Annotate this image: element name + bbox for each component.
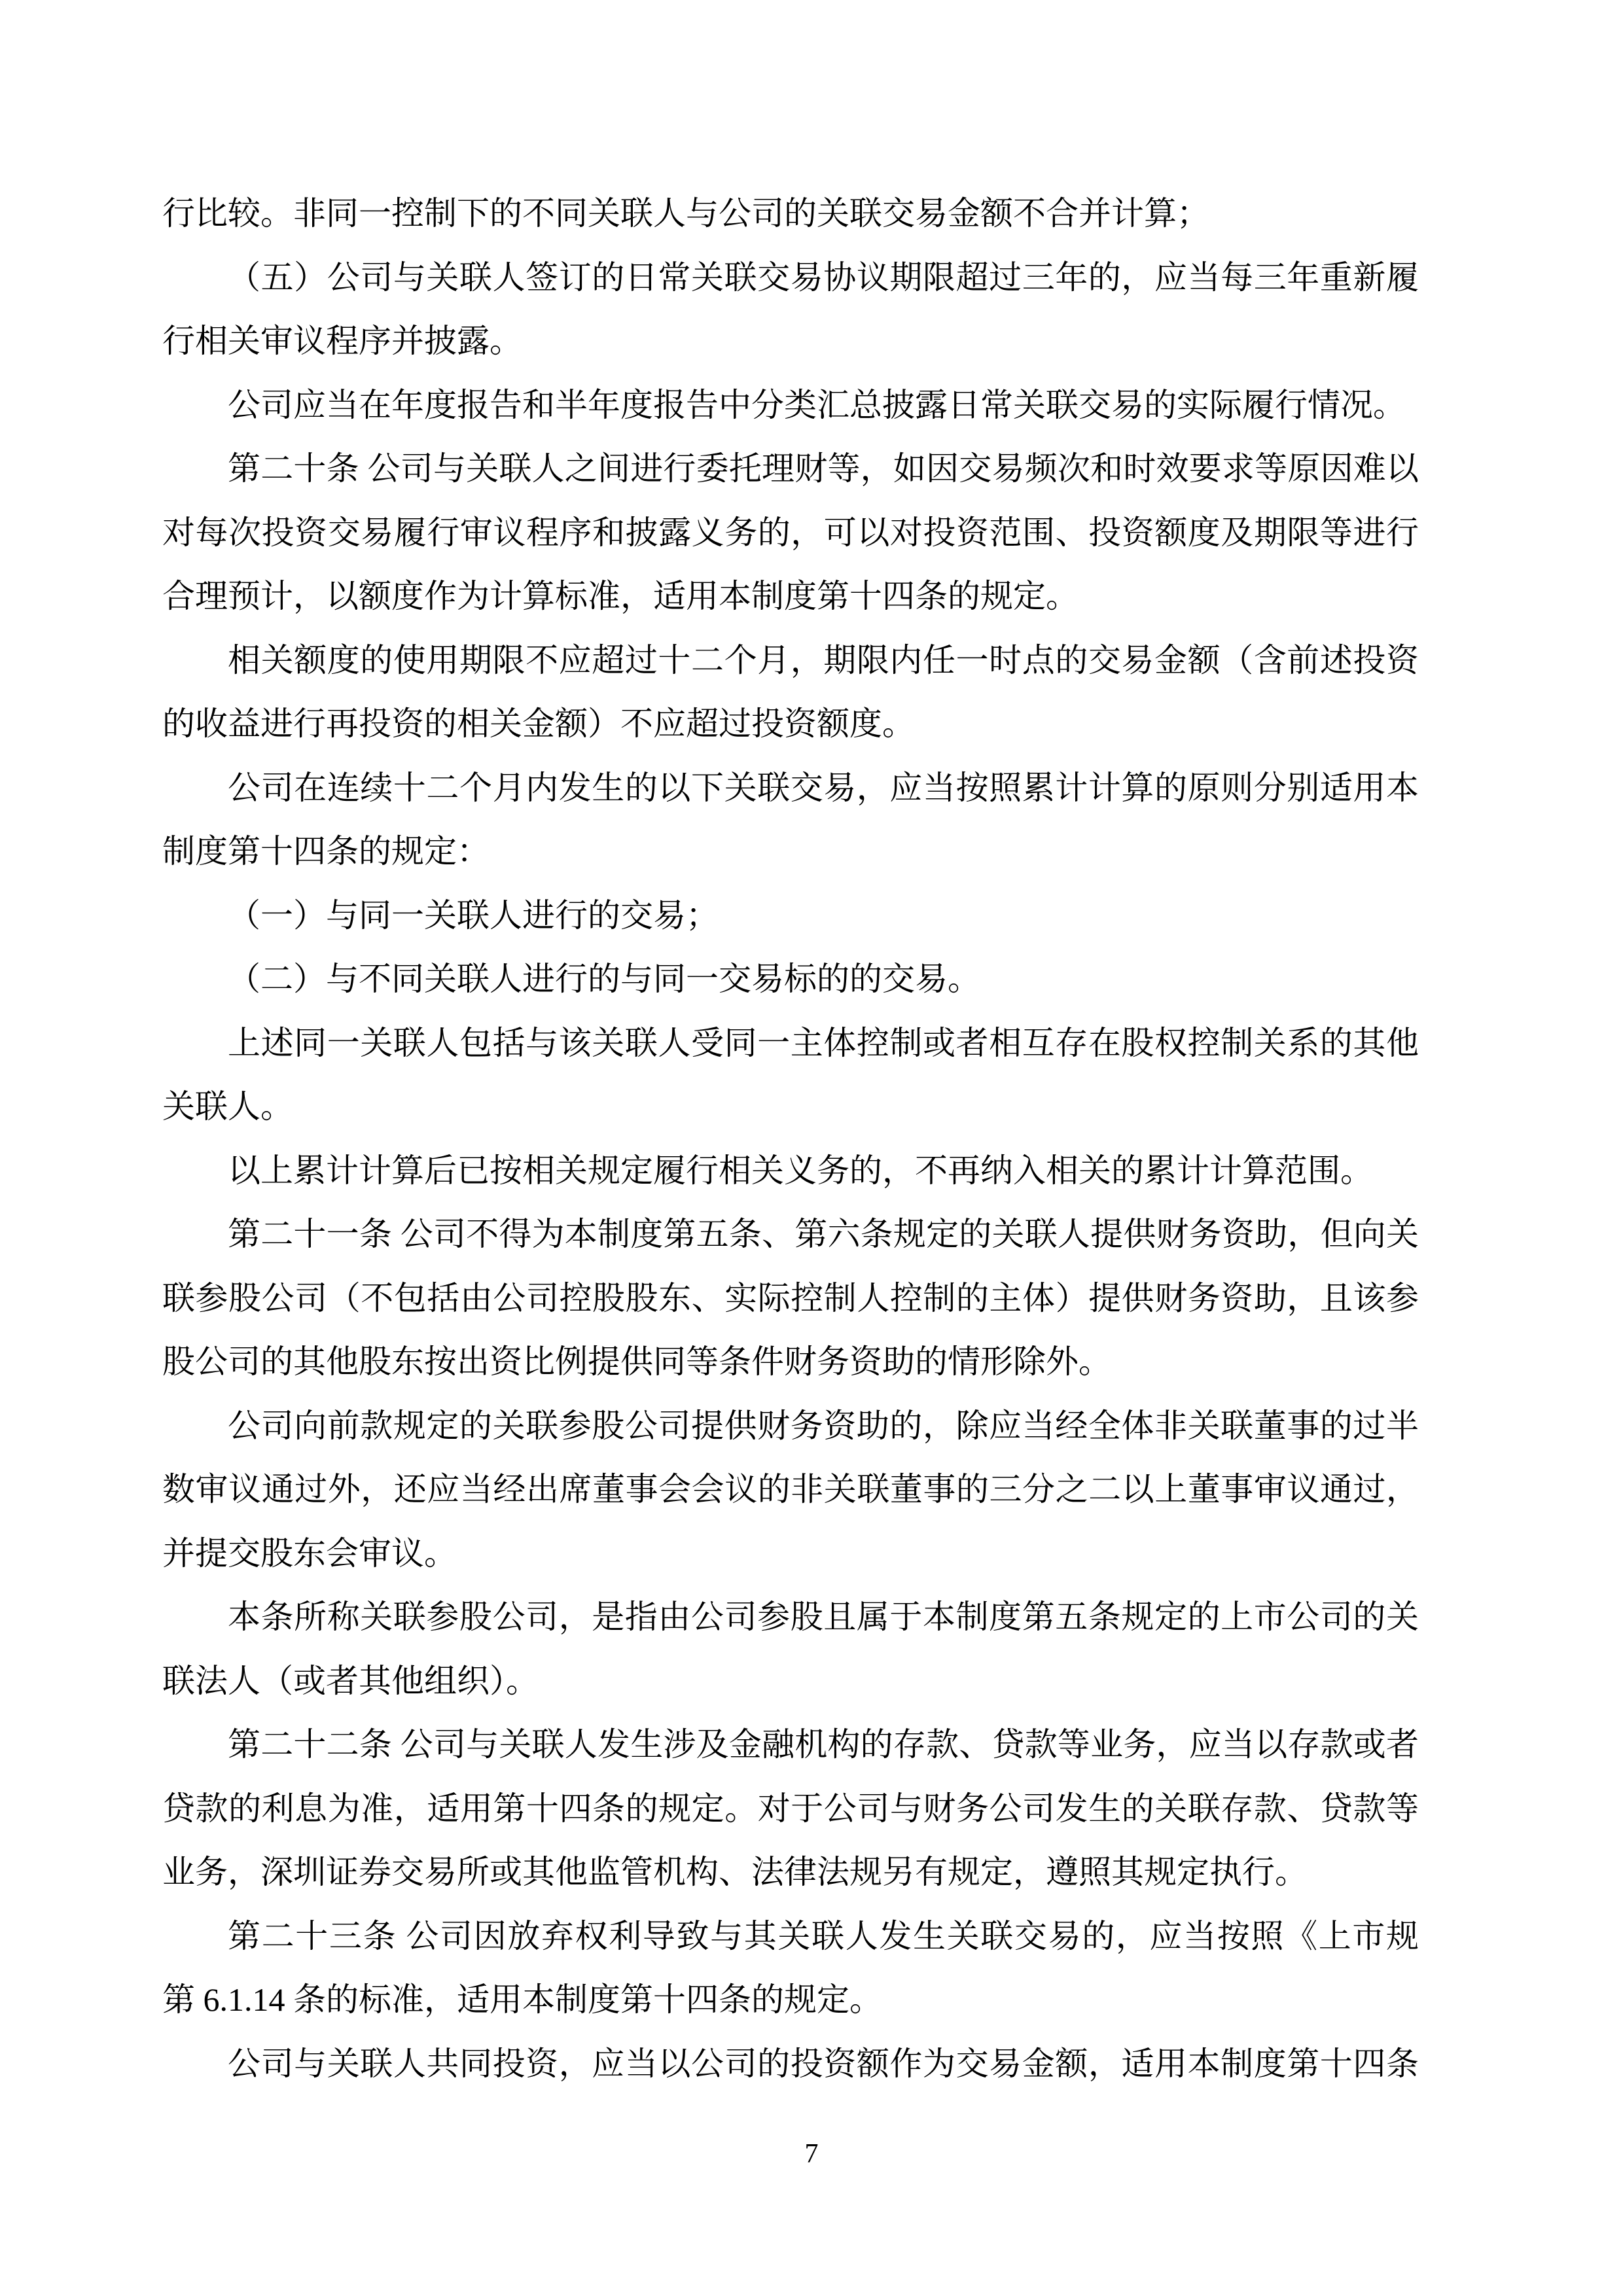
text-line: 股公司的其他股东按出资比例提供同等条件财务资助的情形除外。 [162,1330,1419,1394]
text-line: 对每次投资交易履行审议程序和披露义务的，可以对投资范围、投资额度及期限等进行 [162,501,1419,565]
text-line: 联参股公司（不包括由公司控股股东、实际控制人控制的主体）提供财务资助，且该参 [162,1267,1419,1331]
text-line: 第 6.1.14 条的标准，适用本制度第十四条的规定。 [162,1968,1419,2032]
paragraph-start-line: 上述同一关联人包括与该关联人受同一主体控制或者相互存在股权控制关系的其他 [162,1012,1419,1076]
document-page: 行比较。非同一控制下的不同关联人与公司的关联交易金额不合并计算；（五）公司与关联… [0,0,1623,2296]
page-number: 7 [0,2134,1623,2174]
paragraph-start-line: （一）与同一关联人进行的交易； [162,884,1419,948]
paragraph-start-line: 相关额度的使用期限不应超过十二个月，期限内任一时点的交易金额（含前述投资 [162,629,1419,693]
text-line: 贷款的利息为准，适用第十四条的规定。对于公司与财务公司发生的关联存款、贷款等 [162,1777,1419,1841]
text-line: 关联人。 [162,1075,1419,1139]
paragraph-start-line: 本条所称关联参股公司，是指由公司参股且属于本制度第五条规定的上市公司的关 [162,1585,1419,1650]
text-line: 联法人（或者其他组织）。 [162,1650,1419,1714]
paragraph-start-line: 第二十二条 公司与关联人发生涉及金融机构的存款、贷款等业务，应当以存款或者 [162,1713,1419,1777]
text-line: 制度第十四条的规定： [162,820,1419,884]
paragraph-start-line: 第二十三条 公司因放弃权利导致与其关联人发生关联交易的，应当按照《上市规则》 [162,1905,1419,1969]
document-body: 行比较。非同一控制下的不同关联人与公司的关联交易金额不合并计算；（五）公司与关联… [162,182,1419,2096]
text-line: 合理预计，以额度作为计算标准，适用本制度第十四条的规定。 [162,565,1419,629]
text-line: 并提交股东会审议。 [162,1522,1419,1586]
text-line: 数审议通过外，还应当经出席董事会会议的非关联董事的三分之二以上董事审议通过， [162,1458,1419,1522]
paragraph-start-line: 第二十条 公司与关联人之间进行委托理财等，如因交易频次和时效要求等原因难以 [162,437,1419,501]
paragraph-start-line: （五）公司与关联人签订的日常关联交易协议期限超过三年的，应当每三年重新履 [162,246,1419,310]
paragraph-start-line: 公司向前款规定的关联参股公司提供财务资助的，除应当经全体非关联董事的过半 [162,1394,1419,1458]
paragraph-start-line: 以上累计计算后已按相关规定履行相关义务的，不再纳入相关的累计计算范围。 [162,1139,1419,1203]
paragraph-start-line: 公司与关联人共同投资，应当以公司的投资额作为交易金额，适用本制度第十四条 [162,2032,1419,2096]
paragraph-start-line: 公司在连续十二个月内发生的以下关联交易，应当按照累计计算的原则分别适用本 [162,756,1419,821]
paragraph-start-line: 第二十一条 公司不得为本制度第五条、第六条规定的关联人提供财务资助，但向关 [162,1203,1419,1267]
text-line: 行比较。非同一控制下的不同关联人与公司的关联交易金额不合并计算； [162,182,1419,246]
paragraph-start-line: 公司应当在年度报告和半年度报告中分类汇总披露日常关联交易的实际履行情况。 [162,374,1419,438]
paragraph-start-line: （二）与不同关联人进行的与同一交易标的的交易。 [162,947,1419,1012]
text-line: 业务，深圳证券交易所或其他监管机构、法律法规另有规定，遵照其规定执行。 [162,1841,1419,1905]
text-line: 的收益进行再投资的相关金额）不应超过投资额度。 [162,692,1419,756]
text-line: 行相关审议程序并披露。 [162,309,1419,374]
